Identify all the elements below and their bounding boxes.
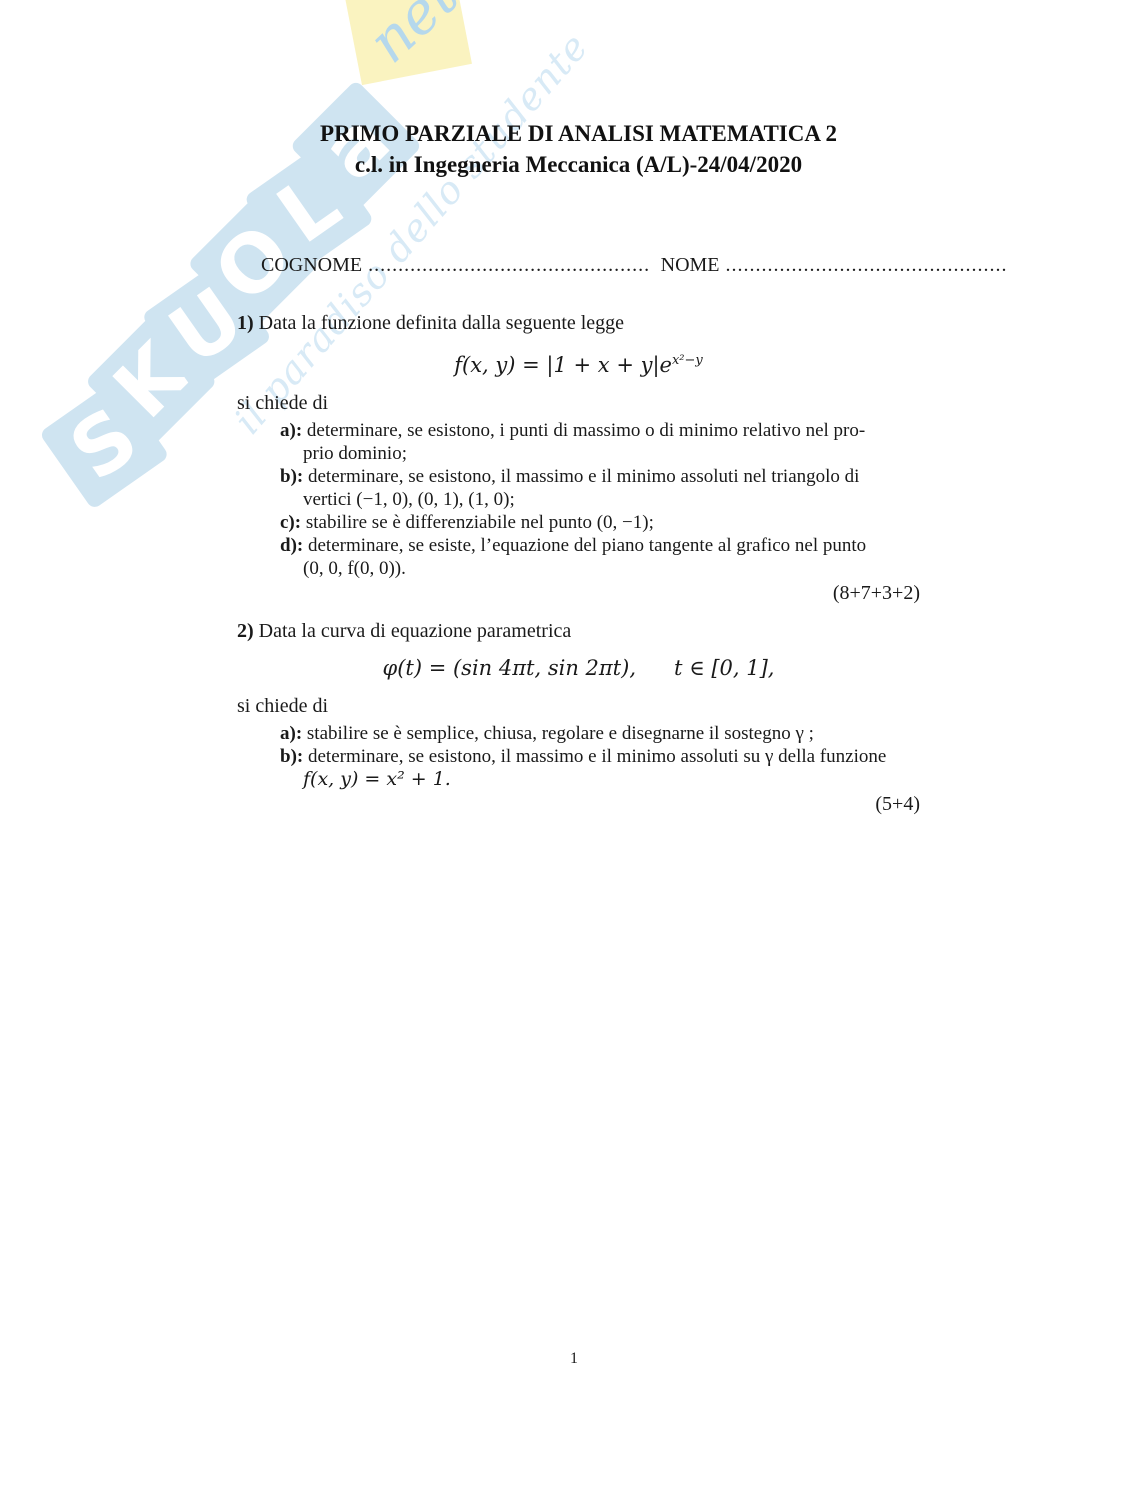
formula-2: φ(t) = (sin 4πt, sin 2πt),t ∈ [0, 1], [237,652,920,685]
document-content: PRIMO PARZIALE DI ANALISI MATEMATICA 2 c… [237,118,920,816]
problem-1-prompt: si chiede di [237,391,920,415]
net-script-label: net [355,0,483,76]
formula-1-body: f(x, y) = |1 + x + y|e [454,353,672,377]
problem-1-items: a): determinare, se esistono, i punti di… [237,419,920,580]
watermark-letter-tile: S [39,379,170,510]
nome-dotted-line: ........................................… [726,252,1009,278]
problem-2: 2) Data la curva di equazione parametric… [237,619,920,816]
problem-1-item-a: a): determinare, se esistono, i punti di… [237,419,920,465]
problem-2-item-a: a): stabilire se è semplice, chiusa, reg… [237,722,920,745]
problem-1-number: 1) [237,312,254,334]
problem-1-intro-text: Data la funzione definita dalla seguente… [259,312,624,334]
formula-2-body: φ(t) = (sin 4πt, sin 2πt), [383,656,636,680]
watermark-letter-tile: K [85,315,218,448]
problem-1-intro: 1) Data la funzione definita dalla segue… [237,311,920,335]
problem-1-item-d: d): determinare, se esiste, l’equazione … [237,534,920,580]
cognome-label: COGNOME [261,252,362,278]
problem-2-prompt: si chiede di [237,694,920,718]
problem-1-points: (8+7+3+2) [237,581,920,605]
problem-1-item-b: b): determinare, se esistono, il massimo… [237,465,920,511]
problem-2-intro-text: Data la curva di equazione parametrica [259,620,572,642]
name-fields-row: COGNOME ................................… [261,252,1008,278]
formula-2-domain: t ∈ [0, 1], [674,656,774,680]
cognome-dotted-line: ........................................… [368,252,651,278]
exam-document-page: S K U O L a net il paradiso dello studen… [0,0,1148,1485]
exam-title: PRIMO PARZIALE DI ANALISI MATEMATICA 2 c… [237,118,920,180]
skuola-net-diamond: net [341,0,472,85]
problem-2-points: (5+4) [237,792,920,816]
nome-label: NOME [661,252,720,278]
problem-2-items: a): stabilire se è semplice, chiusa, reg… [237,722,920,791]
problem-1: 1) Data la funzione definita dalla segue… [237,311,920,605]
problem-2-item-b: b): determinare, se esistono, il massimo… [237,745,920,791]
problem-1-item-c: c): stabilire se è differenziabile nel p… [237,511,920,534]
title-line-1: PRIMO PARZIALE DI ANALISI MATEMATICA 2 [320,121,837,146]
title-line-2: c.l. in Ingegneria Meccanica (A/L)-24/04… [355,152,802,177]
formula-1-exponent: x²−y [672,353,703,368]
problem-2-intro: 2) Data la curva di equazione parametric… [237,619,920,643]
page-number: 1 [0,1350,1148,1368]
formula-1: f(x, y) = |1 + x + y|ex²−y [237,344,920,382]
problem-2-number: 2) [237,620,254,642]
swoosh-arc-icon [299,0,493,63]
